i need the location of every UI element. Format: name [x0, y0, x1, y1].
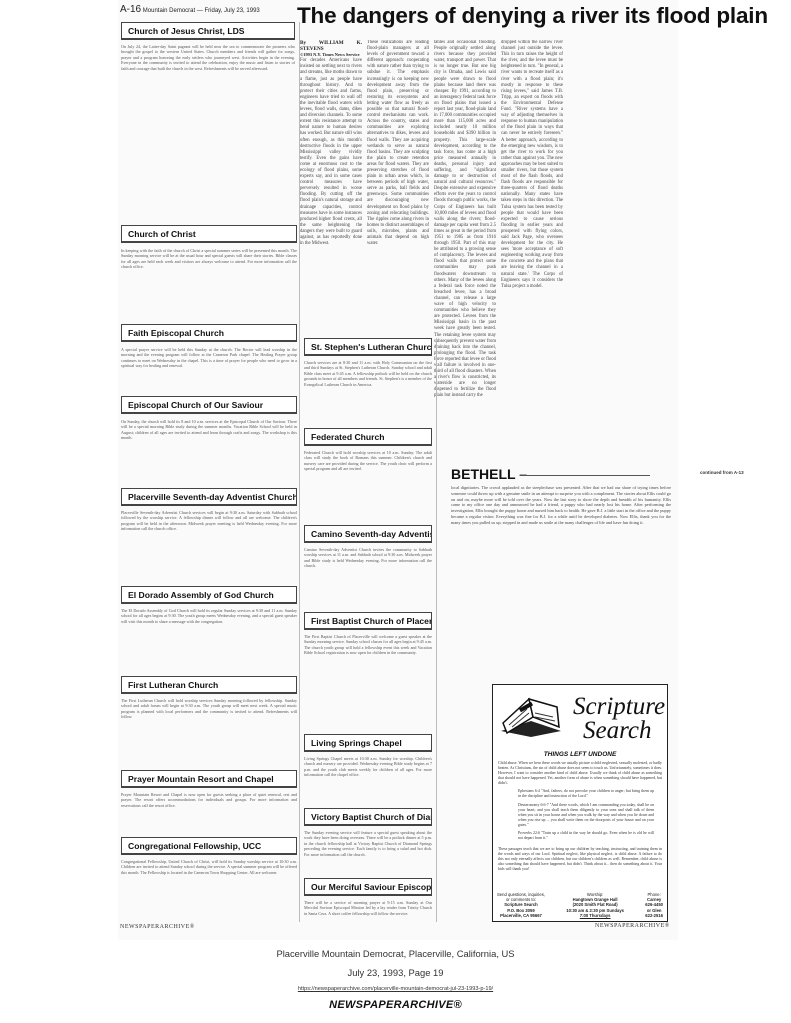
archive-watermark-left: NEWSPAPERARCHIVE®	[120, 924, 195, 930]
scripture-worship-info: Worship: Hangtown Grange Hall (2020 Smit…	[566, 892, 624, 918]
scripture-verse: Ephesians 6:4 "And, fathers, do not prov…	[498, 789, 662, 801]
notice-body: The First Lutheran Church will hold wors…	[121, 698, 297, 766]
notice-heading: Faith Episcopal Church	[121, 324, 297, 342]
page-folio: A-16 Mountain Democrat — Friday, July 23…	[120, 4, 260, 15]
continued-label: continued from A-13	[700, 470, 744, 475]
archive-watermark-right: NEWSPAPERARCHIVE®	[595, 923, 670, 929]
notice-body: On Sunday, the church will hold its 8 an…	[121, 419, 297, 486]
article-column: By WILLIAM K. STEVENS ©1993 N.Y. Times N…	[300, 40, 362, 335]
scripture-closing: These passages teach that we are to brin…	[498, 847, 662, 879]
bible-book-icon	[499, 693, 563, 737]
article-column: dropped within the narrow river channel …	[501, 40, 563, 460]
scripture-contact-footer: Send questions, inquiries, or comments t…	[497, 892, 663, 918]
notice-body: The El Dorado Assembly of God Church wil…	[121, 608, 297, 672]
notice-heading: Prayer Mountain Resort and Chapel	[121, 770, 297, 788]
notice-heading: Living Springs Chapel	[304, 734, 432, 752]
notice-heading: First Baptist Church of Placerville	[304, 612, 432, 630]
bethell-heading: BETHELL –	[451, 466, 527, 482]
notice-heading: Placerville Seventh-day Adventist Church	[121, 488, 297, 506]
source-date-page: July 23, 1993, Page 19	[0, 967, 791, 978]
notice-body: Placerville Seventh-day Adventist Church…	[121, 510, 297, 578]
notice-heading: Camino Seventh-day Adventist Church	[304, 525, 432, 543]
divider	[520, 475, 650, 476]
notice-body: Congregational Fellowship, United Church…	[121, 859, 297, 919]
notice-heading: Congregational Fellowship, UCC	[121, 837, 297, 855]
notice-body: Camino Seventh-day Adventist Church invi…	[304, 547, 432, 605]
notice-heading: Church of Jesus Christ, LDS	[121, 22, 295, 40]
notice-body: On July 24, the Latter-day Saint pageant…	[121, 44, 295, 194]
scripture-title: Scripture Search	[573, 695, 665, 743]
article-headline: The dangers of denying a river its flood…	[297, 3, 768, 29]
notice-body: Church services are at 8:30 and 11 a.m. …	[304, 360, 432, 424]
notice-heading: Our Merciful Saviour Episcopal Mission	[304, 878, 432, 896]
article-byline: By WILLIAM K. STEVENS	[300, 40, 362, 52]
scripture-intro: Child abuse. When we hear these words we…	[498, 761, 662, 787]
source-publication: Placerville Mountain Democrat, Placervil…	[0, 948, 791, 959]
notice-heading: Victory Baptist Church of Diamond Spring…	[304, 808, 432, 826]
scripture-search-box: Scripture Search THINGS LEFT UNDONE Chil…	[492, 684, 668, 922]
notice-heading: Church of Christ	[121, 225, 297, 243]
column-divider	[436, 338, 437, 922]
article-text: For decades Americans have insisted on s…	[300, 58, 362, 246]
notice-heading: El Dorado Assembly of God Church	[121, 586, 297, 604]
notice-body: In keeping with the faith of the church …	[121, 248, 297, 312]
notice-body: There will be a service of morning praye…	[304, 900, 432, 922]
folio-page-number: A-16	[120, 4, 141, 15]
notice-heading: Episcopal Church of Our Saviour	[121, 396, 297, 414]
newspaperarchive-logo: NEWSPAPERARCHIVE®	[0, 999, 791, 1011]
scripture-verse: Deuteronomy 6:6-7 "And these words, whic…	[498, 803, 662, 829]
scripture-verse: Proverbs 22:6 "Train up a child in the w…	[498, 831, 662, 843]
notice-body: The Sunday evening service will feature …	[304, 830, 432, 874]
bethell-body: local dignitaries. The crowd applauded a…	[451, 485, 671, 680]
notice-body: Prayer Mountain Resort and Chapel is now…	[121, 792, 297, 836]
notice-heading: St. Stephen's Lutheran Church	[304, 338, 432, 356]
notice-body: A special prayer service will be held th…	[121, 347, 297, 391]
notice-body: Living Springs Chapel meets at 10:30 a.m…	[304, 756, 432, 804]
notice-heading: Federated Church	[304, 428, 432, 446]
notice-heading: First Lutheran Church	[121, 676, 297, 694]
notice-body: Federated Church will hold worship servi…	[304, 450, 432, 520]
article-column: tables and occasional flooding. People o…	[434, 40, 496, 460]
article-column: These realizations are leading flood-pla…	[367, 40, 429, 335]
scripture-phone: Phone: Carney 626-4450 or Glen 622-2516	[645, 892, 663, 918]
source-link[interactable]: https://newspaperarchive.com/placerville…	[0, 986, 791, 992]
folio-text: Mountain Democrat — Friday, July 23, 199…	[143, 8, 260, 14]
notice-body: The First Baptist Church of Placerville …	[304, 634, 432, 716]
scripture-send-to: Send questions, inquiries, or comments t…	[497, 892, 545, 918]
scripture-subtitle: THINGS LEFT UNDONE	[493, 751, 667, 758]
column-divider	[299, 22, 300, 922]
